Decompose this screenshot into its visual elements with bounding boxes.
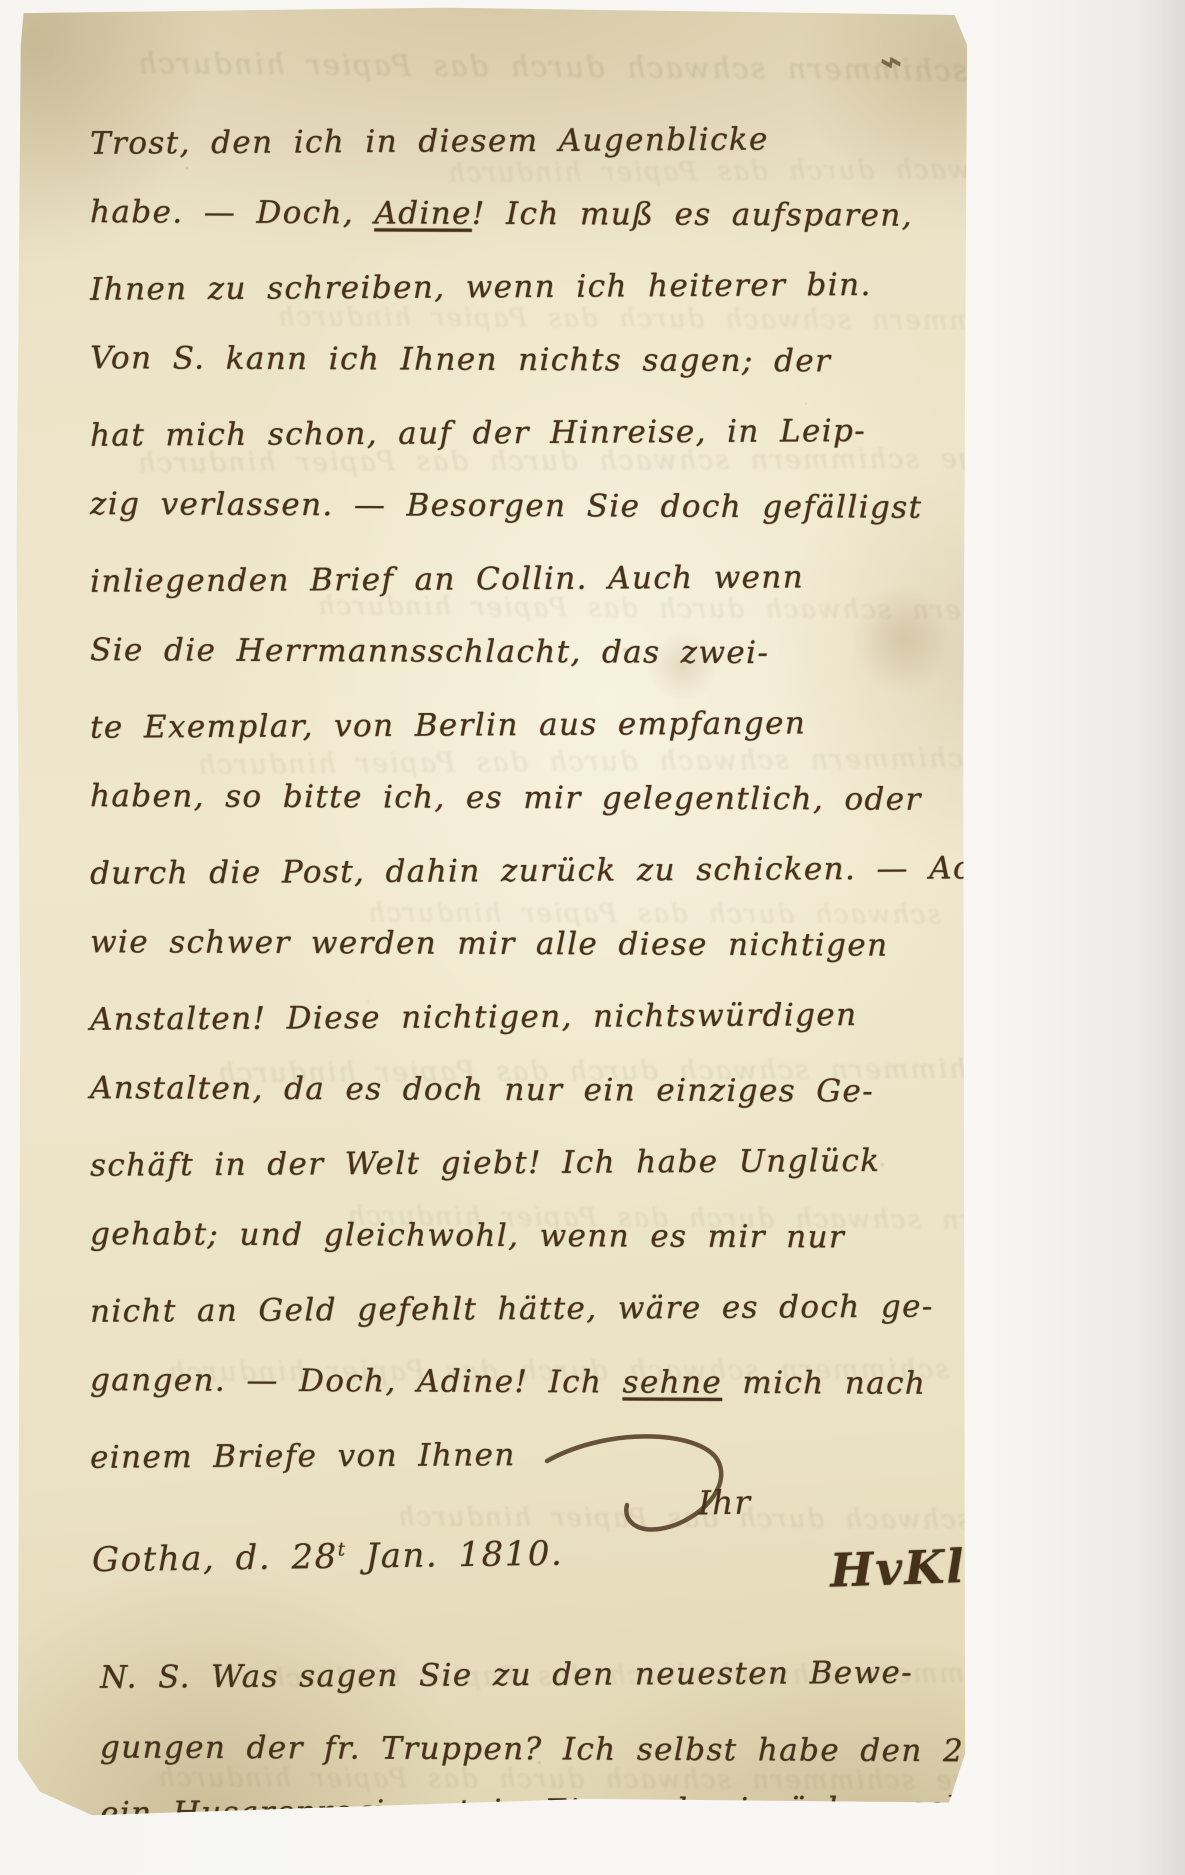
manuscript-line: Trost, den ich in diesem Augenblicke: [90, 102, 970, 180]
manuscript-line: gangen. — Doch, Adine! Ich sehne mich na…: [90, 1344, 970, 1421]
manuscript-line: habe. — Doch, Adine! Ich muß es aufspare…: [90, 176, 970, 253]
line-text: gungen der fr. Truppen? Ich selbst habe …: [100, 1729, 985, 1769]
manuscript-line: einem Briefe von Ihnen: [90, 1416, 970, 1494]
manuscript-line: zig verlassen. — Besorgen Sie doch gefäl…: [90, 468, 970, 545]
line-text: Von S. kann ich Ihnen nichts sagen; der: [90, 340, 831, 379]
letter-paper-sheet: verso Schriftzüge schimmern schwach durc…: [16, 5, 968, 1817]
manuscript-line: hat mich schon, auf der Hinreise, in Lei…: [90, 394, 970, 472]
line-text: schäft in der Welt giebt! Ich habe Unglü…: [90, 1143, 881, 1184]
line-text: Anstalten! Diese nichtigen, nichtswürdig…: [90, 997, 858, 1038]
manuscript-line: schäft in der Welt giebt! Ich habe Unglü…: [90, 1124, 970, 1202]
manuscript-line: Von S. kann ich Ihnen nichts sagen; der: [90, 322, 970, 399]
manuscript-line: inliegenden Brief an Collin. Auch wenn: [90, 540, 970, 618]
line-text: hat mich schon, auf der Hinreise, in Lei…: [90, 413, 866, 454]
line-text: mich nach: [722, 1365, 926, 1402]
dateline-text: Gotha, d. 28: [92, 1537, 338, 1580]
manuscript-line: Anstalten! Diese nichtigen, nichtswürdig…: [90, 978, 970, 1056]
line-text: durch die Post, dahin zurück zu schicken…: [90, 850, 1005, 892]
line-text: Ihnen zu schreiben, wenn ich heiterer bi…: [90, 267, 872, 308]
top-corner-ink-mark: ⌁: [874, 38, 903, 86]
underlined-word: sehne: [622, 1364, 722, 1400]
manuscript-line: gungen der fr. Truppen? Ich selbst habe …: [100, 1707, 980, 1779]
manuscript-line: Anstalten, da es doch nur ein einziges G…: [90, 1052, 970, 1129]
dateline-suffix: Jan. 1810.: [345, 1534, 564, 1577]
manuscript-line: haben, so bitte ich, es mir gelegentlich…: [90, 760, 970, 837]
manuscript-line: gehabt; und gleichwohl, wenn es mir nur: [90, 1198, 970, 1275]
verso-bleedthrough-text: verso Schriftzüge schimmern schwach durc…: [396, 1502, 1185, 1538]
postscript: N. S. Was sagen Sie zu den neuesten Bewe…: [100, 1641, 980, 1845]
manuscript-line: Sie die Herrmannsschlacht, das zwei-: [90, 614, 970, 691]
verso-bleedthrough-text: verso Schriftzüge schimmern schwach durc…: [136, 46, 1185, 90]
line-text: Anstalten, da es doch nur ein einziges G…: [90, 1070, 874, 1109]
dateline: Gotha, d. 28t Jan. 1810.: [92, 1534, 564, 1581]
line-text: inliegenden Brief an Collin. Auch wenn: [90, 559, 804, 599]
line-text: habe. — Doch,: [90, 194, 375, 231]
line-text: Sie die Herrmannsschlacht, das zwei-: [90, 632, 769, 671]
line-text: te Exemplar, von Berlin aus empfangen: [90, 705, 806, 745]
line-text: ! Ich muß es aufsparen,: [472, 196, 913, 234]
line-text: Trost, den ich in diesem Augenblicke: [90, 122, 769, 162]
manuscript-line: nicht an Geld gefehlt hätte, wäre es doc…: [90, 1270, 970, 1348]
valediction: Ihr: [698, 1483, 752, 1523]
manuscript-line: wie schwer werden mir alle diese nichtig…: [90, 906, 970, 983]
line-text: n: [985, 1735, 996, 1755]
line-text: N. S. Was sagen Sie zu den neuesten Bewe…: [100, 1655, 913, 1696]
line-text: gangen. — Doch, Adine! Ich: [90, 1362, 623, 1400]
line-text: haben, so bitte ich, es mir gelegentlich…: [90, 778, 922, 818]
manuscript-line: te Exemplar, von Berlin aus empfangen: [90, 686, 970, 764]
underlined-word: Adine: [374, 195, 472, 231]
line-text: wie schwer werden mir alle diese nichtig…: [90, 924, 889, 963]
scanned-letter-page: { "document": { "kind_label": "Handschri…: [0, 0, 1185, 1875]
line-text: einem Briefe von Ihnen: [90, 1437, 516, 1476]
line-text: nicht an Geld gefehlt hätte, wäre es doc…: [90, 1289, 934, 1330]
manuscript-line: durch die Post, dahin zurück zu schicken…: [90, 832, 970, 910]
line-text: ein Husarenregiment in Eisenach einrücke…: [100, 1790, 1020, 1832]
manuscript-line: Ihnen zu schreiben, wenn ich heiterer bi…: [90, 248, 970, 326]
manuscript-line: N. S. Was sagen Sie zu den neuesten Bewe…: [100, 1638, 980, 1711]
manuscript-line: ein Husarenregiment in Eisenach einrücke…: [100, 1774, 980, 1847]
signature: HvKl.: [829, 1538, 984, 1597]
line-text: gehabt; und gleichwohl, wenn es mir nur: [90, 1216, 845, 1255]
letter-body: Trost, den ich in diesem Augenblickehabe…: [90, 105, 970, 1492]
line-text: zig verlassen. — Besorgen Sie doch gefäl…: [90, 486, 923, 526]
